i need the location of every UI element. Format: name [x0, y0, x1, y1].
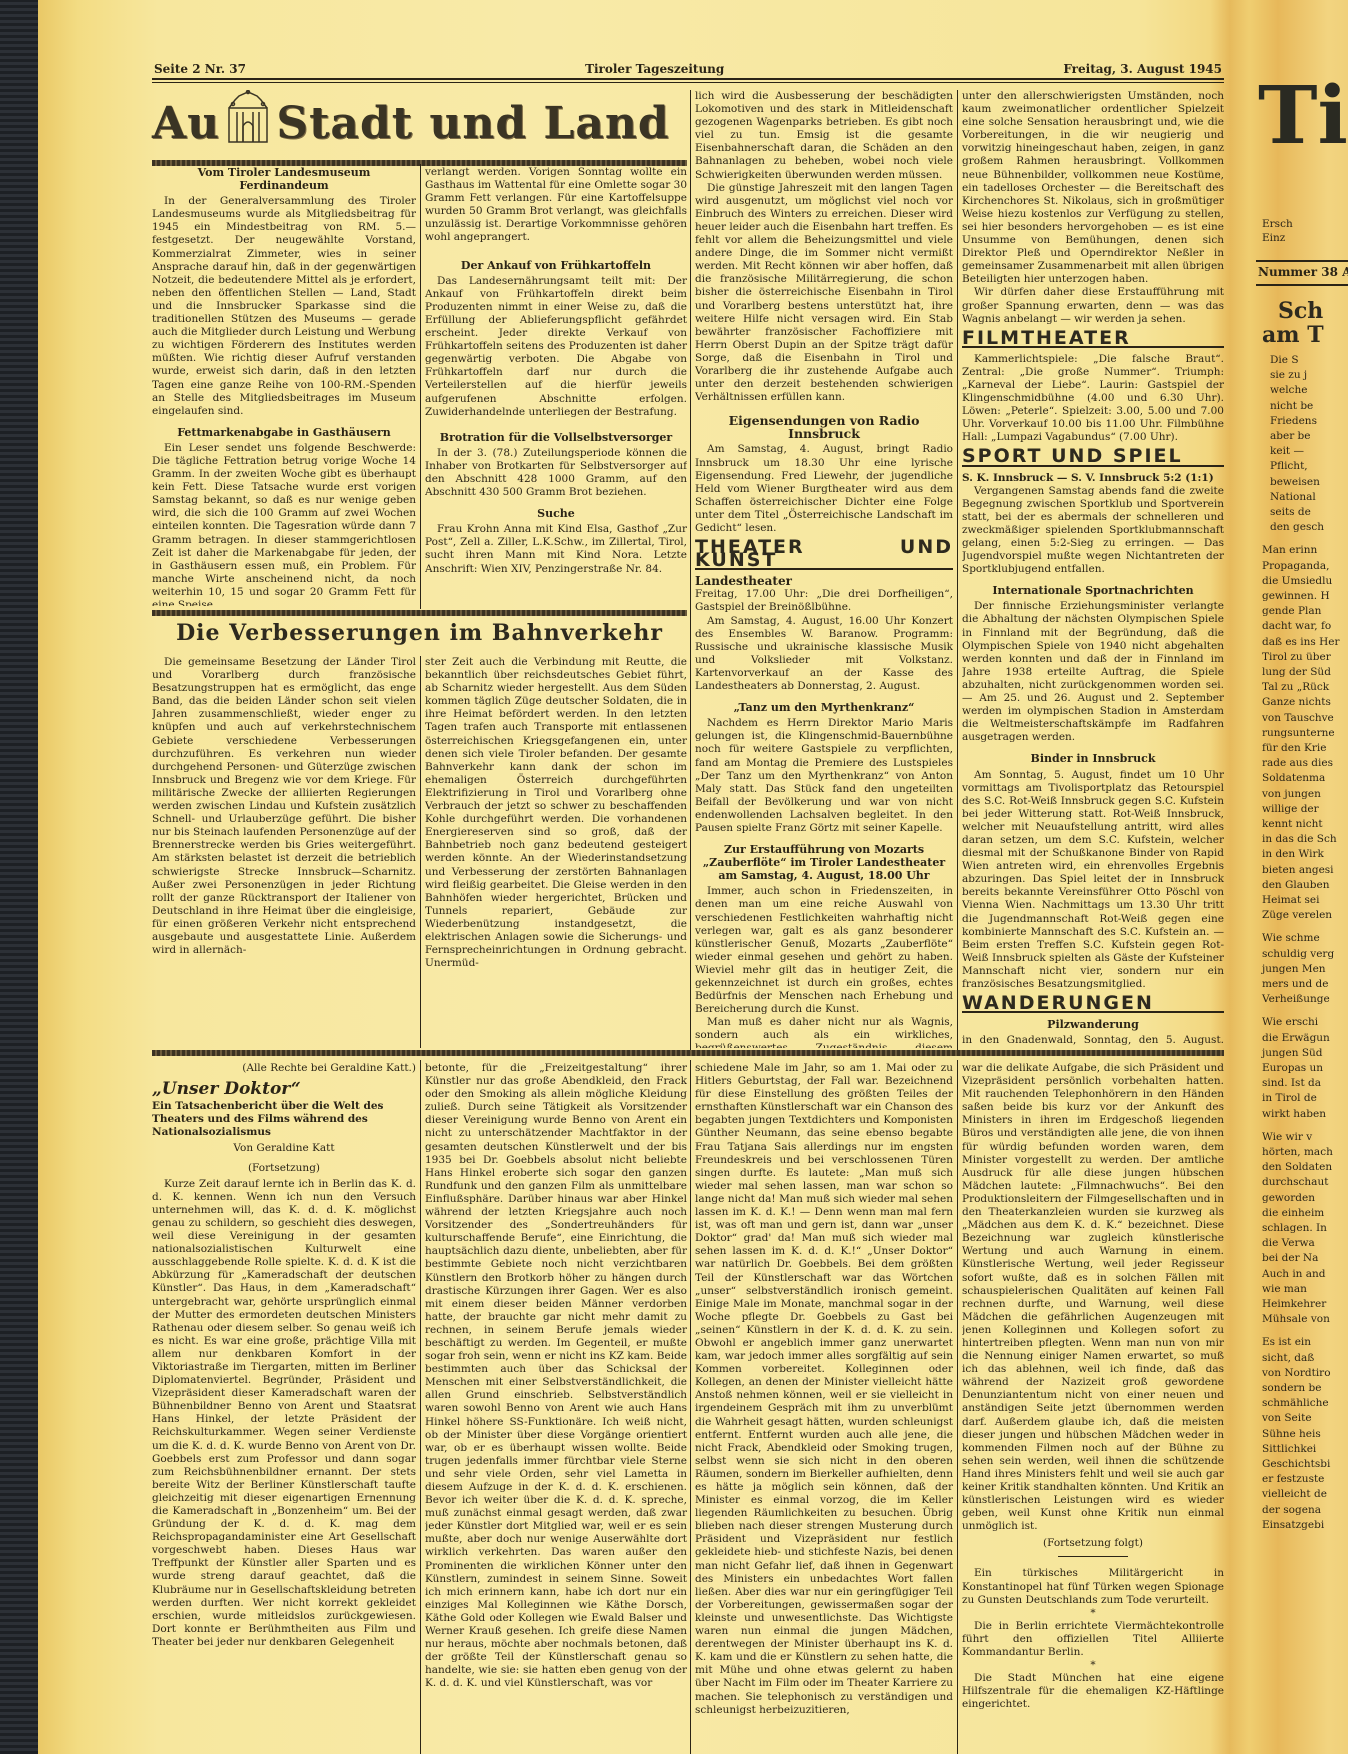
- next-page-text-line: Geschichtsbi: [1262, 1458, 1330, 1471]
- next-page-text-line: in Tirol de: [1262, 1092, 1317, 1105]
- article-heading: Brotration für die Vollselbstversorger: [425, 431, 687, 444]
- article-body: Das Landesernährungsamt teilt mit: Der A…: [425, 275, 687, 419]
- serial-col-2: betonte, für die „Freizeitgestaltung“ ih…: [425, 1062, 687, 1754]
- next-page-text-line: Tal zu „Rück: [1262, 681, 1329, 694]
- column-divider: [420, 1060, 421, 1754]
- column-divider: [957, 90, 958, 1050]
- newspaper-page-2: Seite 2 Nr. 37 Tiroler Tageszeitung Frei…: [152, 60, 1224, 1754]
- serial-separator: [152, 1050, 1224, 1056]
- next-page-text-line: schmähliche: [1262, 1397, 1329, 1410]
- next-page-text-line: Propaganda,: [1262, 560, 1329, 573]
- section-title-prefix: Au: [152, 98, 220, 149]
- article-body: Am Samstag, 4. August, 16.00 Uhr Konzert…: [695, 615, 953, 694]
- brief-divider: [1058, 1556, 1128, 1557]
- next-page-text-line: Friedens: [1270, 415, 1317, 428]
- section-heading-theater: THEATER UND KUNST: [695, 541, 953, 570]
- next-page-text-line: von Tauschve: [1262, 712, 1334, 725]
- serial-author: Von Geraldine Katt: [152, 1142, 416, 1155]
- next-page-text-line: schuldig verg: [1262, 948, 1334, 961]
- article-body: unter den allerschwierigsten Umständen, …: [962, 90, 1224, 286]
- article-heading: „Tanz um den Myrthenkranz“: [695, 701, 953, 714]
- column-divider: [420, 656, 421, 1048]
- next-page-text-line: der sogena: [1262, 1504, 1321, 1517]
- city-gate-icon: [225, 90, 271, 144]
- article-headline: Die Verbesserungen im Bahnverkehr: [152, 620, 687, 646]
- next-page-text-line: Man erinn: [1262, 544, 1317, 557]
- next-page-text-line: bieten angesi: [1262, 864, 1334, 877]
- next-page-text-line: gende Plan: [1262, 605, 1321, 618]
- article-body: Ein Leser sendet uns folgende Beschwerde…: [152, 442, 416, 606]
- page-number: Seite 2 Nr. 37: [154, 62, 246, 76]
- next-page-rule: [1256, 260, 1348, 262]
- next-page-issue: Nummer 38 A: [1258, 266, 1348, 279]
- next-page-text-line: von jungen: [1262, 788, 1321, 801]
- star-separator: *: [962, 1607, 1224, 1620]
- next-page-text-line: Europas un: [1262, 1062, 1323, 1075]
- serial-col-3: schiedene Male im Jahr, so am 1. Mai ode…: [695, 1062, 953, 1754]
- article-heading: Suche: [425, 507, 687, 520]
- next-page-logo: Ti: [1258, 68, 1348, 162]
- next-page-text-line: hörten, mach: [1262, 1146, 1333, 1159]
- article-heading: Vom Tiroler Landesmuseum Ferdinandeum: [152, 166, 416, 192]
- column-divider: [420, 164, 421, 609]
- next-page-text-line: nicht be: [1270, 400, 1313, 413]
- next-page-text-line: geworden: [1262, 1192, 1315, 1205]
- article-heading: Fettmarkenabgabe in Gasthäusern: [152, 426, 416, 439]
- next-page-headline: am T: [1262, 324, 1324, 346]
- article-heading: Der Ankauf von Frühkartoffeln: [425, 259, 687, 272]
- next-page-text-line: für den Krie: [1262, 742, 1326, 755]
- article-body: Freitag, 17.00 Uhr: „Die drei Dorfheilig…: [695, 588, 953, 614]
- article-body: Am Sonntag, 5. August, findet um 10 Uhr …: [962, 769, 1224, 992]
- article-separator: [152, 610, 687, 616]
- article-body: Die günstige Jahreszeit mit den langen T…: [695, 182, 953, 405]
- section-heading-filmtheater: FILMTHEATER: [962, 332, 1224, 348]
- article-body: Die gemeinsame Besetzung der Länder Tiro…: [152, 656, 416, 957]
- page-header: Seite 2 Nr. 37 Tiroler Tageszeitung Frei…: [152, 60, 1224, 76]
- next-page-text-line: mers und de: [1262, 978, 1328, 991]
- newspaper-name: Tiroler Tageszeitung: [585, 62, 724, 76]
- bahnverkehr-col-2: ster Zeit auch die Verbindung mit Reutte…: [425, 656, 687, 1048]
- serial-col-4: war die delikate Aufgabe, die sich Präsi…: [962, 1062, 1224, 1754]
- next-page-text-line: dacht war, fo: [1262, 620, 1331, 633]
- next-page-text-line: Heimat sei: [1262, 894, 1319, 907]
- next-page-text-line: jungen Men: [1262, 963, 1326, 976]
- match-result: S. K. Innsbruck — S. V. Innsbruck 5:2 (1…: [962, 472, 1224, 485]
- column-divider: [690, 1060, 691, 1754]
- next-page-text-line: von Seite: [1262, 1412, 1312, 1425]
- next-page-text-line: National: [1270, 491, 1316, 504]
- next-page-edge: Ti Ersch Einz Nummer 38 A Sch am T Die S…: [1252, 0, 1348, 1754]
- article-heading: Zur Erstaufführung von Mozarts „Zauberfl…: [695, 843, 953, 882]
- next-page-text-line: sie zu j: [1270, 369, 1307, 382]
- article-subheading: Landestheater: [695, 575, 953, 588]
- next-page-headline: Sch: [1278, 300, 1323, 322]
- next-page-text-line: Ganze nichts: [1262, 696, 1331, 709]
- column-2-top: verlangt werden. Vorigen Sonntag wollte …: [425, 166, 687, 606]
- serial-col-1: (Alle Rechte bei Geraldine Katt.) „Unser…: [152, 1062, 416, 1754]
- next-page-text-line: von Nordtiro: [1262, 1367, 1331, 1380]
- section-heading-wanderungen: WANDERUNGEN: [962, 997, 1224, 1013]
- serial-to-be-continued: (Fortsetzung folgt): [962, 1537, 1224, 1550]
- next-page-text-line: lung der Süd: [1262, 666, 1331, 679]
- next-page-text-line: beweisen: [1270, 476, 1320, 489]
- next-page-text-line: keit —: [1270, 445, 1304, 458]
- next-page-text-line: Tirol zu über: [1262, 651, 1331, 664]
- next-page-text-line: Auch in and: [1262, 1268, 1326, 1281]
- article-heading: Pilzwanderung: [962, 1018, 1224, 1031]
- next-page-text-line: seits de: [1270, 506, 1311, 519]
- next-page-text-line: gewinnen. H: [1262, 590, 1330, 603]
- article-body: lich wird die Ausbesserung der beschädig…: [695, 90, 953, 182]
- serial-body: schiedene Male im Jahr, so am 1. Mai ode…: [695, 1062, 953, 1717]
- article-body: verlangt werden. Vorigen Sonntag wollte …: [425, 166, 687, 245]
- serial-body: war die delikate Aufgabe, die sich Präsi…: [962, 1062, 1224, 1533]
- next-page-text-line: bei der Na: [1262, 1252, 1318, 1265]
- next-page-text-line: schlagen. In: [1262, 1222, 1327, 1235]
- next-page-text-line: Wie schme: [1262, 932, 1320, 945]
- column-divider: [957, 1060, 958, 1754]
- next-page-text-line: Sittlichkei: [1262, 1443, 1316, 1456]
- article-body: In der 3. (78.) Zuteilungsperiode können…: [425, 447, 687, 499]
- next-page-text-line: sondern be: [1262, 1382, 1321, 1395]
- article-body: Immer, auch schon in Friedenszeiten, in …: [695, 885, 953, 1016]
- serial-subtitle: Ein Tatsachenbericht über die Welt des T…: [152, 1100, 416, 1139]
- next-page-text-line: den gesch: [1270, 521, 1324, 534]
- next-page-text-line: die einheim: [1262, 1207, 1324, 1220]
- next-page-text-line: vielleicht de: [1262, 1488, 1327, 1501]
- next-page-text-line: Heimkehrer: [1262, 1298, 1326, 1311]
- next-page-text-line: welche: [1270, 384, 1307, 397]
- article-body: Nachdem es Herrn Direktor Mario Maris ge…: [695, 717, 953, 835]
- next-page-text-line: kennt nicht: [1262, 818, 1323, 831]
- section-title-main: Stadt und Land: [276, 98, 669, 149]
- next-page-text-line: die Erwägun: [1262, 1032, 1330, 1045]
- next-page-text-line: sicht, daß: [1262, 1352, 1314, 1365]
- book-binding: [0, 0, 38, 1754]
- article-body: Der finnische Erziehungsminister verlang…: [962, 600, 1224, 744]
- section-heading-sport: SPORT UND SPIEL: [962, 450, 1224, 466]
- next-page-text-line: Züge verelen: [1262, 909, 1332, 922]
- bahnverkehr-col-1: Die gemeinsame Besetzung der Länder Tiro…: [152, 656, 416, 1048]
- next-page-text-line: in das die Sch: [1262, 833, 1337, 846]
- header-rule: [152, 78, 1224, 83]
- article-body: Man muß es daher nicht nur als Wagnis, s…: [695, 1016, 953, 1048]
- next-page-rule: [1256, 284, 1348, 286]
- rights-note: (Alle Rechte bei Geraldine Katt.): [152, 1062, 416, 1075]
- news-brief: Ein türkisches Militärgericht in Konstan…: [962, 1567, 1224, 1606]
- article-body: Am Samstag, 4. August, bringt Radio Inns…: [695, 443, 953, 535]
- article-heading: Binder in Innsbruck: [962, 752, 1224, 765]
- news-brief: Die Stadt München hat eine eigene Hilfsz…: [962, 1672, 1224, 1711]
- next-page-text-line: Mühsale von: [1262, 1313, 1330, 1326]
- next-page-text-line: Es ist ein: [1262, 1336, 1311, 1349]
- article-heading: Internationale Sportnachrichten: [962, 584, 1224, 597]
- article-body: Kammerlichtspiele: „Die falsche Braut“. …: [962, 353, 1224, 445]
- next-page-text-line: sind. Ist da: [1262, 1077, 1321, 1090]
- serial-body: betonte, für die „Freizeitgestaltung“ ih…: [425, 1062, 687, 1691]
- article-body: in den Gnadenwald, Sonntag, den 5. Augus…: [962, 1034, 1224, 1048]
- issue-date: Freitag, 3. August 1945: [1063, 62, 1222, 76]
- next-page-text-line: daß es ins Her: [1262, 636, 1340, 649]
- news-brief: Die in Berlin errichtete Viermächtekontr…: [962, 1620, 1224, 1659]
- next-page-text-line: Wie erschi: [1262, 1016, 1318, 1029]
- next-page-text-line: Einsatzgebi: [1262, 1519, 1324, 1532]
- serial-continuation: (Fortsetzung): [152, 1162, 416, 1175]
- next-page-text-line: die Verwa: [1262, 1237, 1315, 1250]
- article-heading: Eigensendungen von Radio Innsbruck: [695, 414, 953, 440]
- column-1-top: Vom Tiroler Landesmuseum Ferdinandeum In…: [152, 166, 416, 606]
- article-body: Wir dürfen daher diese Erstaufführung mi…: [962, 286, 1224, 325]
- serial-body: Kurze Zeit darauf lernte ich in Berlin d…: [152, 1178, 416, 1649]
- next-page-text: Einz: [1262, 232, 1285, 245]
- column-divider: [690, 90, 691, 1050]
- next-page-text: Ersch: [1262, 218, 1293, 231]
- article-body: In der Generalversammlung des Tiroler La…: [152, 195, 416, 418]
- next-page-text-line: Pflicht,: [1270, 460, 1308, 473]
- next-page-text-line: er festzuste: [1262, 1473, 1324, 1486]
- next-page-text-line: durchschaut: [1262, 1176, 1328, 1189]
- article-body: Vergangenen Samstag abends fand die zwei…: [962, 485, 1224, 577]
- next-page-text-line: den Glauben: [1262, 879, 1330, 892]
- article-body: Frau Krohn Anna mit Kind Elsa, Gasthof „…: [425, 523, 687, 575]
- next-page-text-line: in den Wirk: [1262, 848, 1324, 861]
- column-3-top: lich wird die Ausbesserung der beschädig…: [695, 90, 953, 1048]
- star-separator: *: [962, 1659, 1224, 1672]
- next-page-text-line: jungen Süd: [1262, 1047, 1323, 1060]
- section-title: Au Stadt und Land: [152, 90, 682, 160]
- next-page-text-line: wie man: [1262, 1283, 1307, 1296]
- column-4-top: unter den allerschwierigsten Umständen, …: [962, 90, 1224, 1048]
- next-page-text-line: die Umsiedlu: [1262, 575, 1332, 588]
- next-page-text-line: rade aus dies: [1262, 757, 1333, 770]
- next-page-text-line: Die S: [1270, 354, 1299, 367]
- serial-title: „Unser Doktor“: [152, 1083, 416, 1096]
- next-page-text-line: wirkt haben: [1262, 1108, 1326, 1121]
- next-page-text-line: den Soldaten: [1262, 1161, 1332, 1174]
- next-page-text-line: Sühne heis: [1262, 1428, 1321, 1441]
- next-page-text-line: willige der: [1262, 803, 1319, 816]
- next-page-text-line: aber be: [1270, 430, 1311, 443]
- article-body: ster Zeit auch die Verbindung mit Reutte…: [425, 656, 687, 970]
- next-page-text-line: rungsunterne: [1262, 727, 1335, 740]
- next-page-text-line: Verheißunge: [1262, 993, 1330, 1006]
- next-page-text-line: Soldatenma: [1262, 772, 1325, 785]
- next-page-text-line: Wie wir v: [1262, 1131, 1312, 1144]
